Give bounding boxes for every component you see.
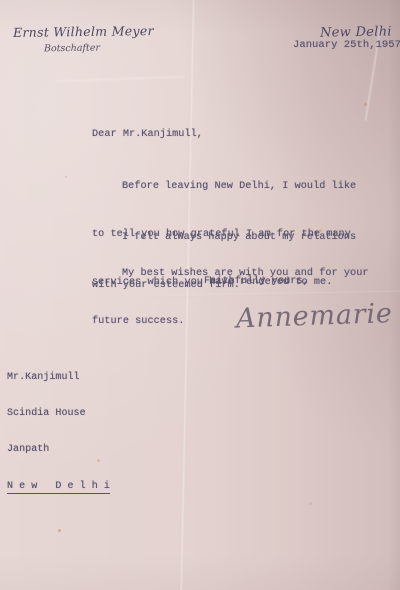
foxing-spot	[65, 176, 67, 178]
recipient-address-line: Janpath	[7, 444, 110, 456]
letter-page: Ernst Wilhelm Meyer Botschafter New Delh…	[0, 0, 400, 590]
recipient-block: Mr.Kanjimull Scindia House Janpath N e w…	[7, 348, 110, 518]
paragraph-3: My best wishes are with you and for your…	[92, 234, 369, 362]
salutation: Dear Mr.Kanjimull,	[92, 127, 203, 143]
foxing-spot	[364, 103, 367, 106]
letterhead-sender-title: Botschafter	[44, 43, 100, 55]
foxing-spot	[58, 529, 61, 532]
foxing-spot	[309, 502, 312, 505]
date-line: January 25th,1957	[293, 39, 400, 52]
closing-phrase: Faithfully yours,	[204, 274, 309, 290]
recipient-address-line: Scindia House	[7, 408, 110, 420]
diagonal-crease-top-left	[55, 76, 185, 82]
recipient-name: Mr.Kanjimull	[7, 372, 110, 384]
body-line: Before leaving New Delhi, I would like	[92, 179, 356, 195]
recipient-city-underlined: N e w D e l h i	[7, 481, 110, 495]
letterhead-sender-name: Ernst Wilhelm Meyer	[13, 23, 154, 40]
